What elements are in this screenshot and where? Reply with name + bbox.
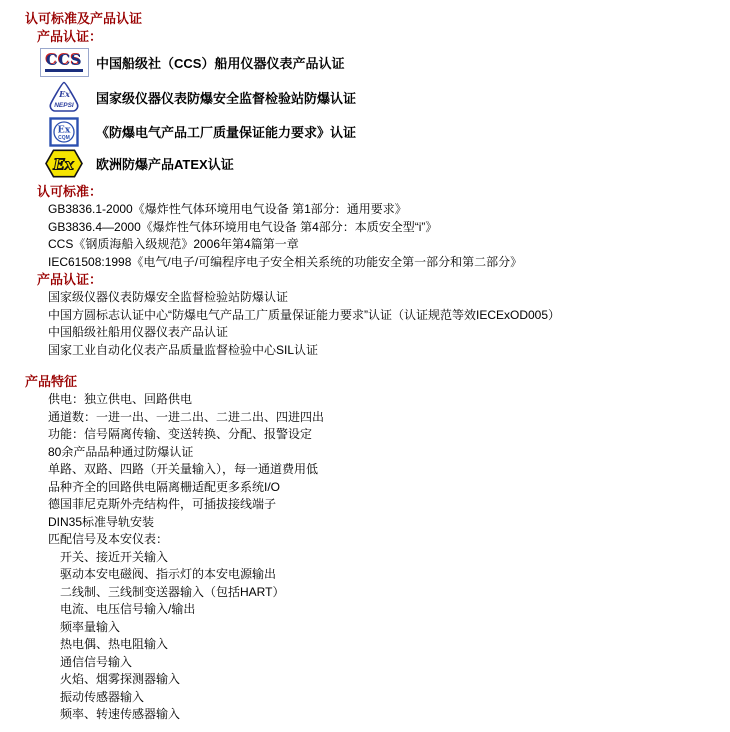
standard-item: CCS《钢质海船入级规范》2006年第4篇第一章 bbox=[48, 236, 730, 254]
matched-signal-item: 频率、转速传感器输入 bbox=[60, 706, 730, 724]
atex-ex-text: Ex bbox=[52, 156, 74, 174]
feature-item: 匹配信号及本安仪表： bbox=[48, 531, 730, 549]
product-certs-list: 国家级仪器仪表防爆安全监督检验站防爆认证 中国方圆标志认证中心“防爆电气产品工广… bbox=[48, 289, 730, 359]
standard-item: IEC61508:1998《电气/电子/可编程序电子安全相关系统的功能安全第一部… bbox=[48, 254, 730, 272]
feature-item: 德国菲尼克斯外壳结构件，可插拔接线端子 bbox=[48, 496, 730, 514]
product-cert-item: 中国船级社船用仪器仪表产品认证 bbox=[48, 324, 730, 342]
ccs-logo-underline bbox=[45, 69, 83, 72]
standard-item: GB3836.4—2000《爆炸性气体环境用电气设备 第4部分：本质安全型“i”… bbox=[48, 219, 730, 237]
product-cert-item: 中国方圆标志认证中心“防爆电气产品工广质量保证能力要求”认证（认证规范等效IEC… bbox=[48, 307, 730, 325]
feature-item: 单路、双路、四路（开关量输入），每一通道费用低 bbox=[48, 461, 730, 479]
cqm-name-text: CQM bbox=[58, 135, 70, 141]
matched-signal-item: 驱动本安电磁阀、指示灯的本安电源输出 bbox=[60, 566, 730, 584]
matched-signals-list: 开关、接近开关输入 驱动本安电磁阀、指示灯的本安电源输出 二线制、三线制变送器输… bbox=[60, 549, 730, 724]
cert-row-nepsi: Ex NEPSI 国家级仪器仪表防爆安全监督检验站防爆认证 bbox=[38, 79, 730, 115]
matched-signal-item: 振动传感器输入 bbox=[60, 689, 730, 707]
nepsi-ex-text: Ex bbox=[58, 89, 70, 99]
matched-signal-item: 通信信号输入 bbox=[60, 654, 730, 672]
feature-item: DIN35标准导轨安装 bbox=[48, 514, 730, 532]
certification-logo-list: CCS 中国船级社（CCS）船用仪器仪表产品认证 Ex NEPSI 国家级仪器仪… bbox=[38, 46, 730, 179]
feature-item: 功能：信号隔离传输、变送转换、分配、报警设定 bbox=[48, 426, 730, 444]
atex-logo-icon: Ex bbox=[38, 149, 90, 178]
nepsi-name-text: NEPSI bbox=[54, 102, 74, 109]
feature-item: 80余产品品种通过防爆认证 bbox=[48, 444, 730, 462]
ccs-logo-icon: CCS bbox=[38, 48, 90, 77]
product-cert-item: 国家级仪器仪表防爆安全监督检验站防爆认证 bbox=[48, 289, 730, 307]
standard-item: GB3836.1-2000《爆炸性气体环境用电气设备 第1部分：通用要求》 bbox=[48, 201, 730, 219]
matched-signal-item: 频率量输入 bbox=[60, 619, 730, 637]
feature-item: 通道数：一进一出、一进二出、二进二出、四进四出 bbox=[48, 409, 730, 427]
product-cert-item: 国家工业自动化仪表产品质量监督检验中心SIL认证 bbox=[48, 342, 730, 360]
certification-document: 认可标准及产品认证 产品认证： CCS 中国船级社（CCS）船用仪器仪表产品认证… bbox=[0, 0, 730, 724]
features-list: 供电：独立供电、回路供电 通道数：一进一出、一进二出、二进二出、四进四出 功能：… bbox=[48, 391, 730, 549]
cert-label-atex: 欧洲防爆产品ATEX认证 bbox=[90, 154, 234, 173]
feature-item: 品种齐全的回路供电隔离栅适配更多系统I/O bbox=[48, 479, 730, 497]
section-heading-product-certification-top: 产品认证： bbox=[37, 28, 730, 46]
cqm-ex-text: Ex bbox=[58, 124, 71, 135]
matched-signal-item: 二线制、三线制变送器输入（包括HART） bbox=[60, 584, 730, 602]
ccs-logo-text: CCS bbox=[46, 53, 82, 68]
cert-row-ccs: CCS 中国船级社（CCS）船用仪器仪表产品认证 bbox=[38, 46, 730, 79]
section-heading-features: 产品特征 bbox=[25, 373, 730, 391]
cert-label-ex-cqm: 《防爆电气产品工厂质量保证能力要求》认证 bbox=[90, 122, 356, 141]
cert-row-ex-cqm: Ex CQM 《防爆电气产品工厂质量保证能力要求》认证 bbox=[38, 115, 730, 148]
matched-signal-item: 热电偶、热电阻输入 bbox=[60, 636, 730, 654]
ccs-logo-box: CCS bbox=[40, 48, 89, 77]
matched-signal-item: 电流、电压信号输入/输出 bbox=[60, 601, 730, 619]
feature-item: 供电：独立供电、回路供电 bbox=[48, 391, 730, 409]
standards-list: GB3836.1-2000《爆炸性气体环境用电气设备 第1部分：通用要求》 GB… bbox=[48, 201, 730, 271]
cert-label-ccs: 中国船级社（CCS）船用仪器仪表产品认证 bbox=[90, 53, 344, 72]
cert-row-atex: Ex 欧洲防爆产品ATEX认证 bbox=[38, 148, 730, 179]
nepsi-logo-icon: Ex NEPSI bbox=[38, 81, 90, 113]
section-heading-product-certification-bottom: 产品认证： bbox=[37, 271, 730, 289]
section-heading-standards: 认可标准： bbox=[37, 183, 730, 201]
ex-cqm-logo-icon: Ex CQM bbox=[38, 117, 90, 147]
page-title: 认可标准及产品认证 bbox=[25, 10, 730, 28]
matched-signal-item: 火焰、烟雾探测器输入 bbox=[60, 671, 730, 689]
cert-label-nepsi: 国家级仪器仪表防爆安全监督检验站防爆认证 bbox=[90, 88, 356, 107]
matched-signal-item: 开关、接近开关输入 bbox=[60, 549, 730, 567]
